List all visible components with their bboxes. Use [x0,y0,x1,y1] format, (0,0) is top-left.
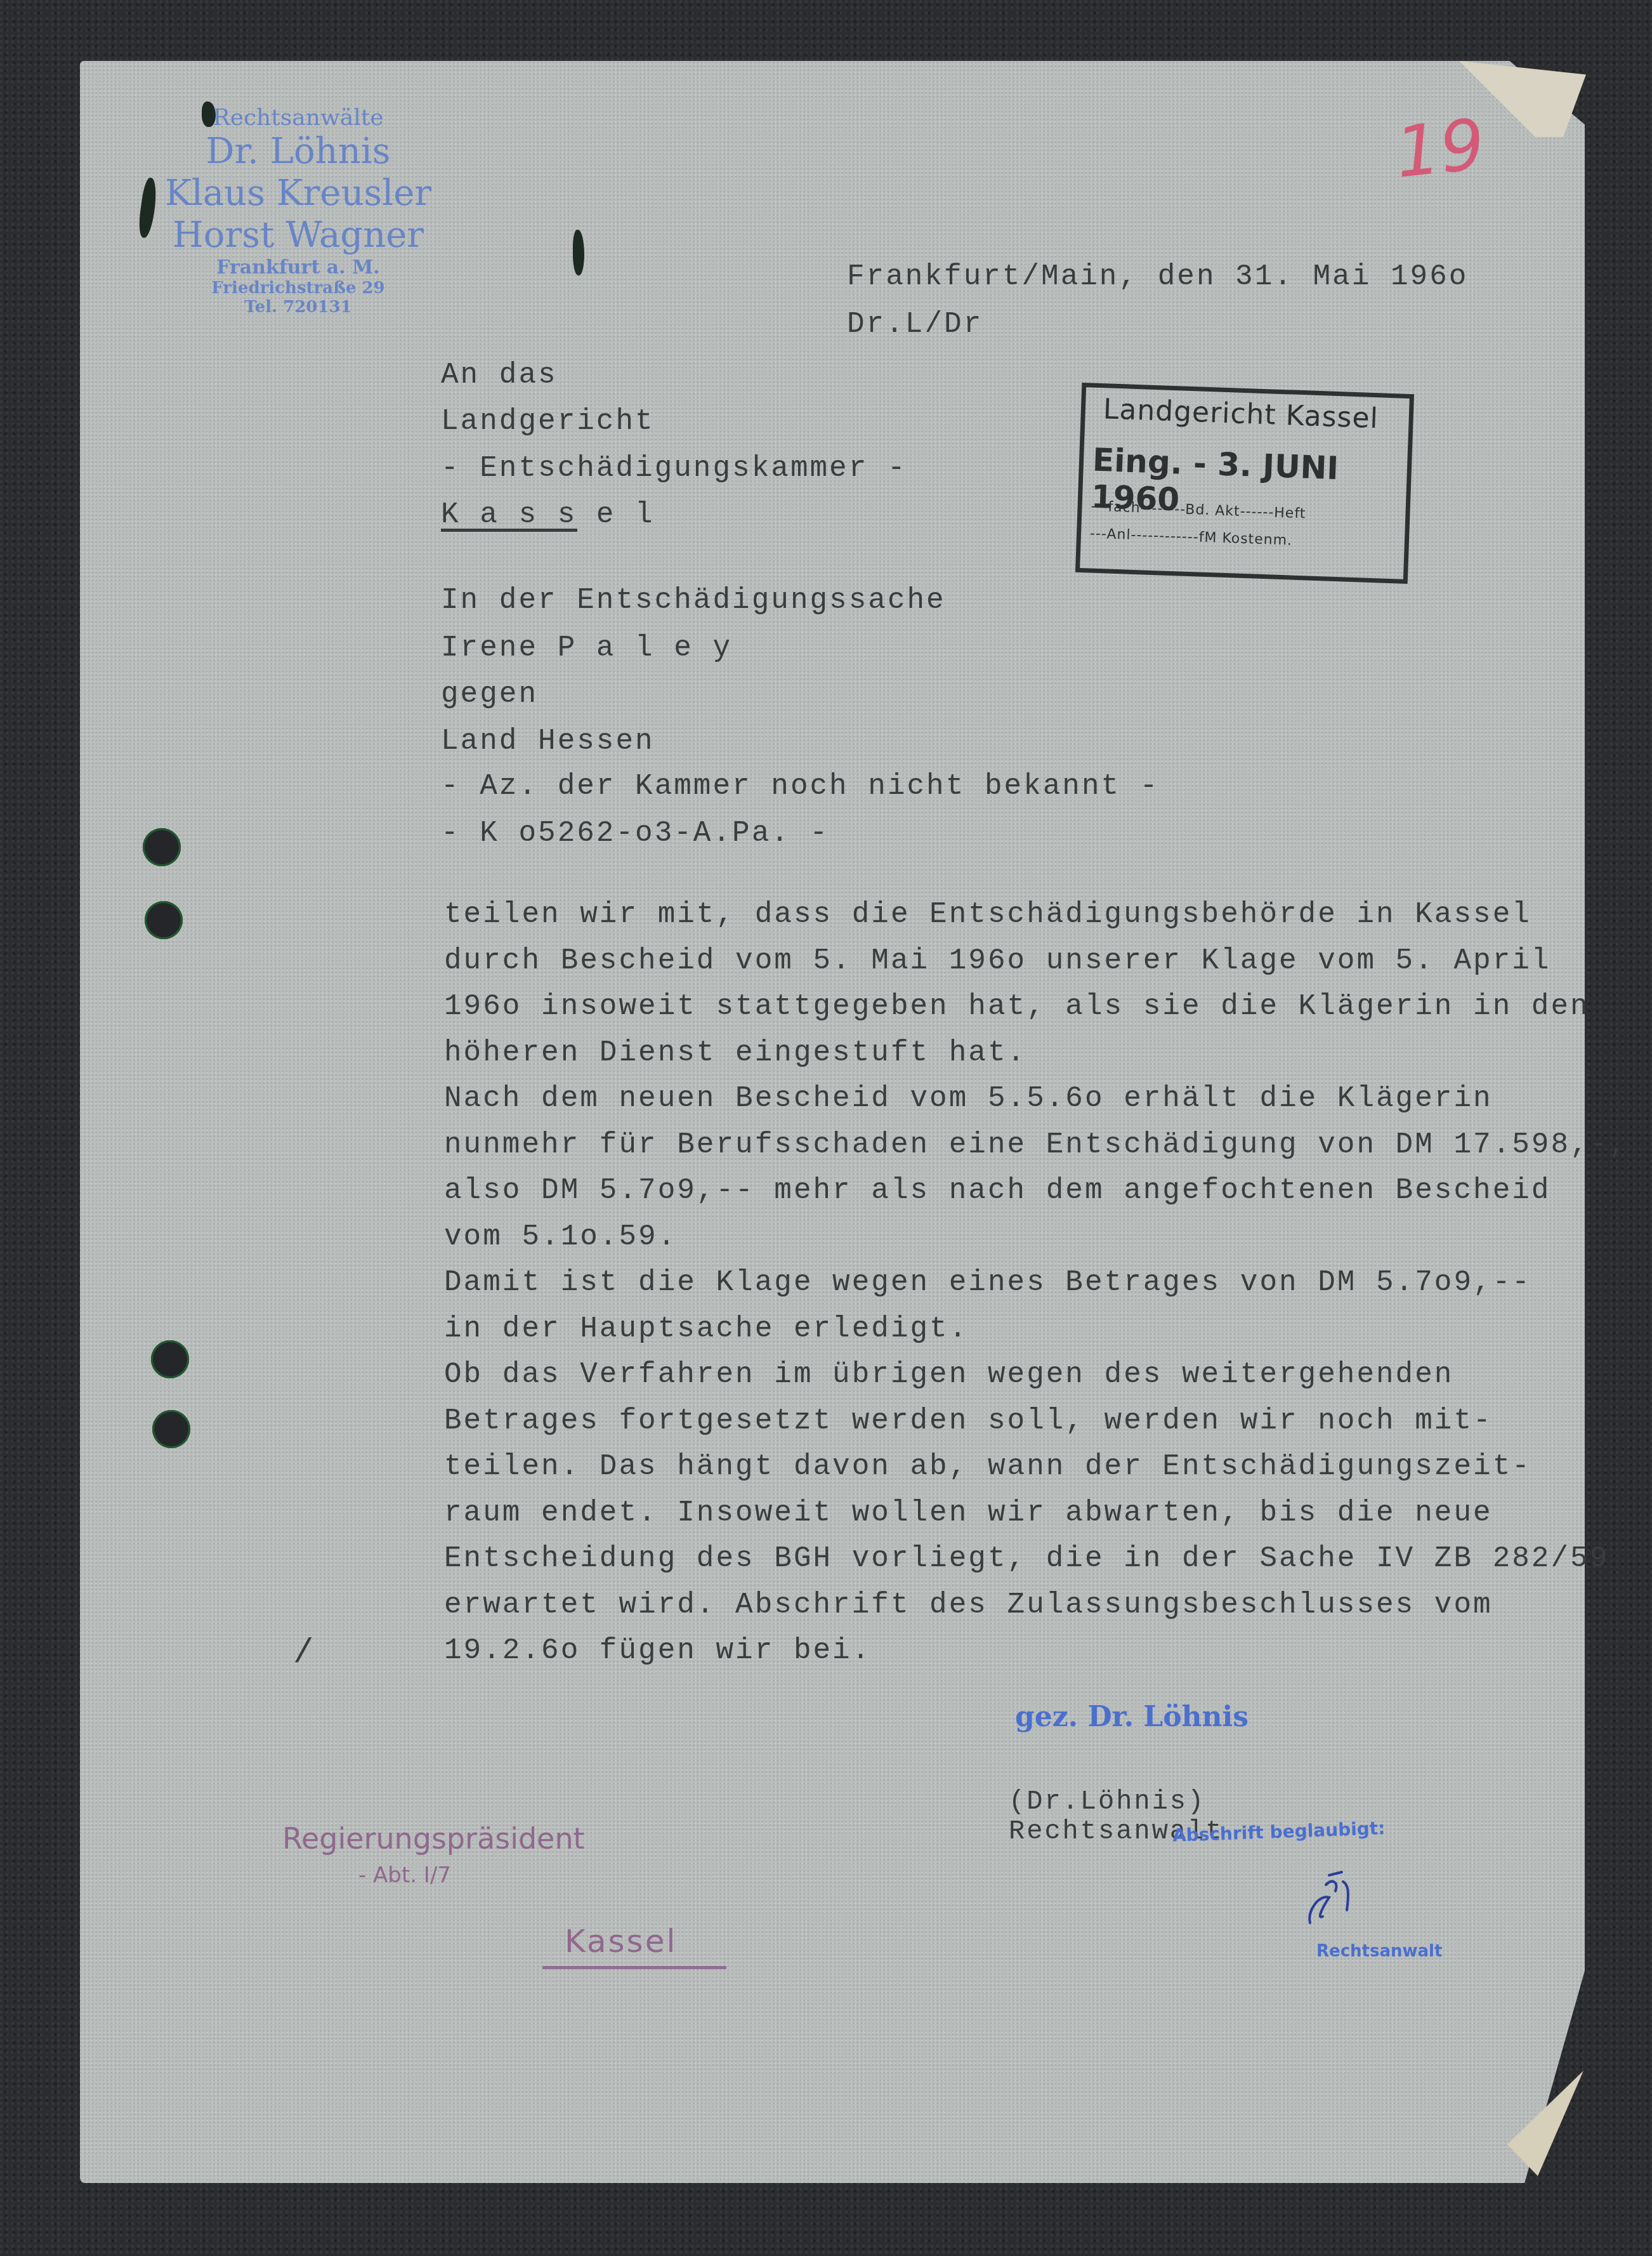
letter-body: teilen wir mit, dass die Entschädigungsb… [444,892,1629,1674]
margin-mark: / [293,1634,315,1673]
court-received-stamp: Landgericht Kassel Eing. - 3. JUNI 1960 … [1075,383,1414,584]
defendant-name: Land Hessen [441,725,655,758]
body-line: vom 5.1o.59. [444,1214,1629,1260]
case-line: gegen [441,678,538,711]
certifier-title-stamp: Rechtsanwalt [1316,1942,1442,1961]
case-line: - Az. der Kammer noch nicht bekannt - [441,770,1159,803]
body-line: erwartet wird. Abschrift des Zulassungsb… [444,1582,1629,1628]
body-line: 19.2.6o fügen wir bei. [444,1628,1629,1674]
reference-code: Dr.L/Dr [847,308,983,341]
letterhead-title: Rechtsanwälte [133,105,463,131]
letterhead-street: Friedrichstraße 29 [133,279,463,298]
distribution-stamp-city: Kassel [565,1923,677,1960]
claimant-name: Irene P a l e y [441,631,732,664]
body-line: in der Hauptsache erledigt. [444,1306,1629,1352]
body-line: Betrages fortgesetzt werden soll, werden… [444,1398,1629,1444]
punch-hole [151,1340,189,1378]
body-line: Nach dem neuen Bescheid vom 5.5.6o erhäl… [444,1076,1629,1122]
body-line: 196o insoweit stattgegeben hat, als sie … [444,984,1629,1030]
body-line: Damit ist die Klage wegen eines Betrages… [444,1260,1629,1306]
punch-hole [145,901,183,939]
letterhead-city: Frankfurt a. M. [133,256,463,279]
letterhead-name: Klaus Kreusler [133,173,463,214]
handwritten-signature-icon [1304,1859,1361,1929]
typed-signer-name: (Dr.Löhnis) [1009,1786,1205,1817]
letterhead-phone: Tel. 720131 [133,298,463,317]
recipient-city-underline [441,529,577,532]
body-line: höheren Dienst eingestuft hat. [444,1030,1629,1076]
recipient-line: Landgericht [441,405,655,438]
body-line: raum endet. Insoweit wollen wir abwarten… [444,1490,1629,1536]
distribution-stamp-underline [542,1966,726,1969]
letterhead-name: Dr. Löhnis [133,131,463,173]
letterhead-name: Horst Wagner [133,214,463,256]
body-line: also DM 5.7o9,-- mehr als nach dem angef… [444,1168,1629,1214]
letterhead-stamp: Rechtsanwälte Dr. Löhnis Klaus Kreusler … [133,105,463,317]
punch-hole [143,828,181,866]
stamp-court-name: Landgericht Kassel [1103,393,1379,435]
stamp-row: ---Anl------------fM Kostenm. [1090,526,1293,549]
case-line: In der Entschädigungssache [441,584,946,617]
recipient-line: An das [441,359,558,392]
body-line: nunmehr für Berufsschaden eine Entschädi… [444,1122,1629,1168]
punch-hole [152,1410,190,1448]
body-line: teilen. Das hängt davon ab, wann der Ent… [444,1444,1629,1490]
distribution-stamp-authority: Regierungspräsident [282,1821,585,1856]
distribution-stamp-department: - Abt. I/7 [358,1863,451,1888]
body-line: Entscheidung des BGH vorliegt, die in de… [444,1536,1629,1582]
recipient-city: K a s s e l [441,498,655,531]
body-line: durch Bescheid vom 5. Mai 196o unserer K… [444,938,1629,984]
case-file-number: - K o5262-o3-A.Pa. - [441,817,829,850]
page-number-pencil: 19 [1392,103,1489,194]
recipient-line: - Entschädigungskammer - [441,452,907,485]
signed-stamp: gez. Dr. Löhnis [1015,1701,1249,1733]
place-date: Frankfurt/Main, den 31. Mai 196o [847,260,1468,293]
body-line: teilen wir mit, dass die Entschädigungsb… [444,892,1629,938]
body-line: Ob das Verfahren im übrigen wegen des we… [444,1352,1629,1398]
